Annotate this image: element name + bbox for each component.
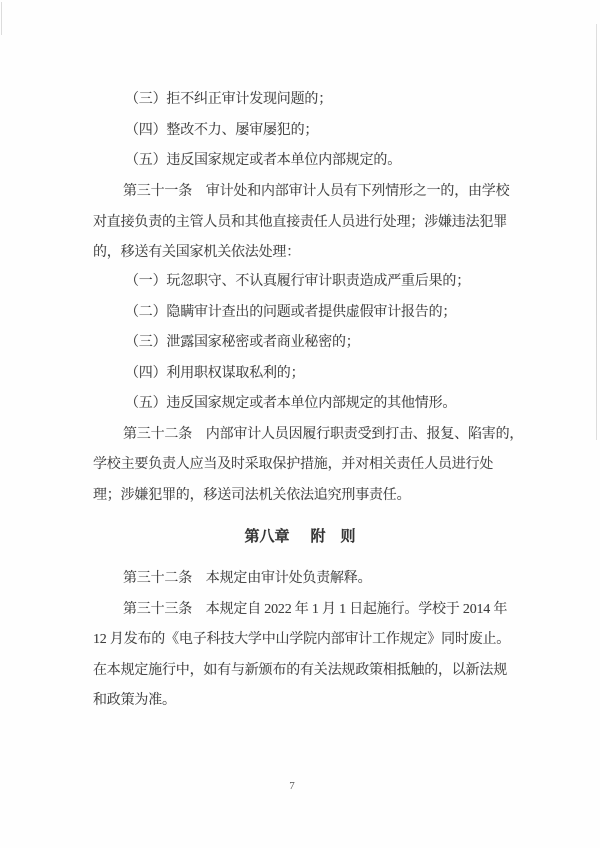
scan-artifact-right (596, 24, 597, 440)
scan-artifact-top-left (1, 2, 2, 35)
text-line: （五）违反国家规定或者本单位内部规定的其他情形。 (125, 395, 456, 413)
text-line: 在本规定施行中，如有与新颁布的有关法规政策相抵触的，以新法规 (93, 662, 507, 680)
text-line: 对直接负责的主管人员和其他直接责任人员进行处理；涉嫌违法犯罪 (93, 214, 507, 232)
text-line: （四）利用职权谋取私利的； (125, 365, 304, 383)
text-line: 第三十一条 审计处和内部审计人员有下列情形之一的，由学校 (123, 183, 509, 201)
text-line: 第三十三条 本规定自 2022 年 1 月 1 日起施行。学校于 2014 年 (123, 601, 507, 619)
text-line: 第三十二条 本规定由审计处负责解释。 (123, 570, 371, 588)
text-line: 学校主要负责人应当及时采取保护措施，并对相关责任人员进行处 (93, 456, 493, 474)
text-line: （二）隐瞒审计查出的问题或者提供虚假审计报告的； (125, 304, 456, 322)
text-line: （四）整改不力、屡审屡犯的； (125, 122, 318, 140)
chapter-number: 第八章 (244, 525, 289, 546)
page-number: 7 (0, 780, 584, 792)
text-line: （三）拒不纠正审计发现问题的； (125, 91, 332, 109)
text-line: 第三十二条 内部审计人员因履行职责受到打击、报复、陷害的， (123, 426, 523, 444)
text-line: 理；涉嫌犯罪的，移送司法机关依法追究刑事责任。 (93, 487, 410, 505)
text-line: （三）泄露国家秘密或者商业秘密的； (125, 334, 360, 352)
chapter-title: 附 则 (311, 525, 356, 546)
text-line: （五）违反国家规定或者本单位内部规定的。 (125, 152, 401, 170)
text-line: （一）玩忽职守、不认真履行审计职责造成严重后果的； (125, 273, 470, 291)
document-page: （三）拒不纠正审计发现问题的； （四）整改不力、屡审屡犯的； （五）违反国家规定… (0, 0, 600, 848)
text-line: 和政策为准。 (93, 692, 176, 710)
text-line: 12 月发布的《电子科技大学中山学院内部审计工作规定》同时废止。 (93, 631, 510, 649)
chapter-heading: 第八章 附 则 (0, 525, 600, 546)
text-line: 的，移送有关国家机关依法处理： (93, 244, 300, 262)
